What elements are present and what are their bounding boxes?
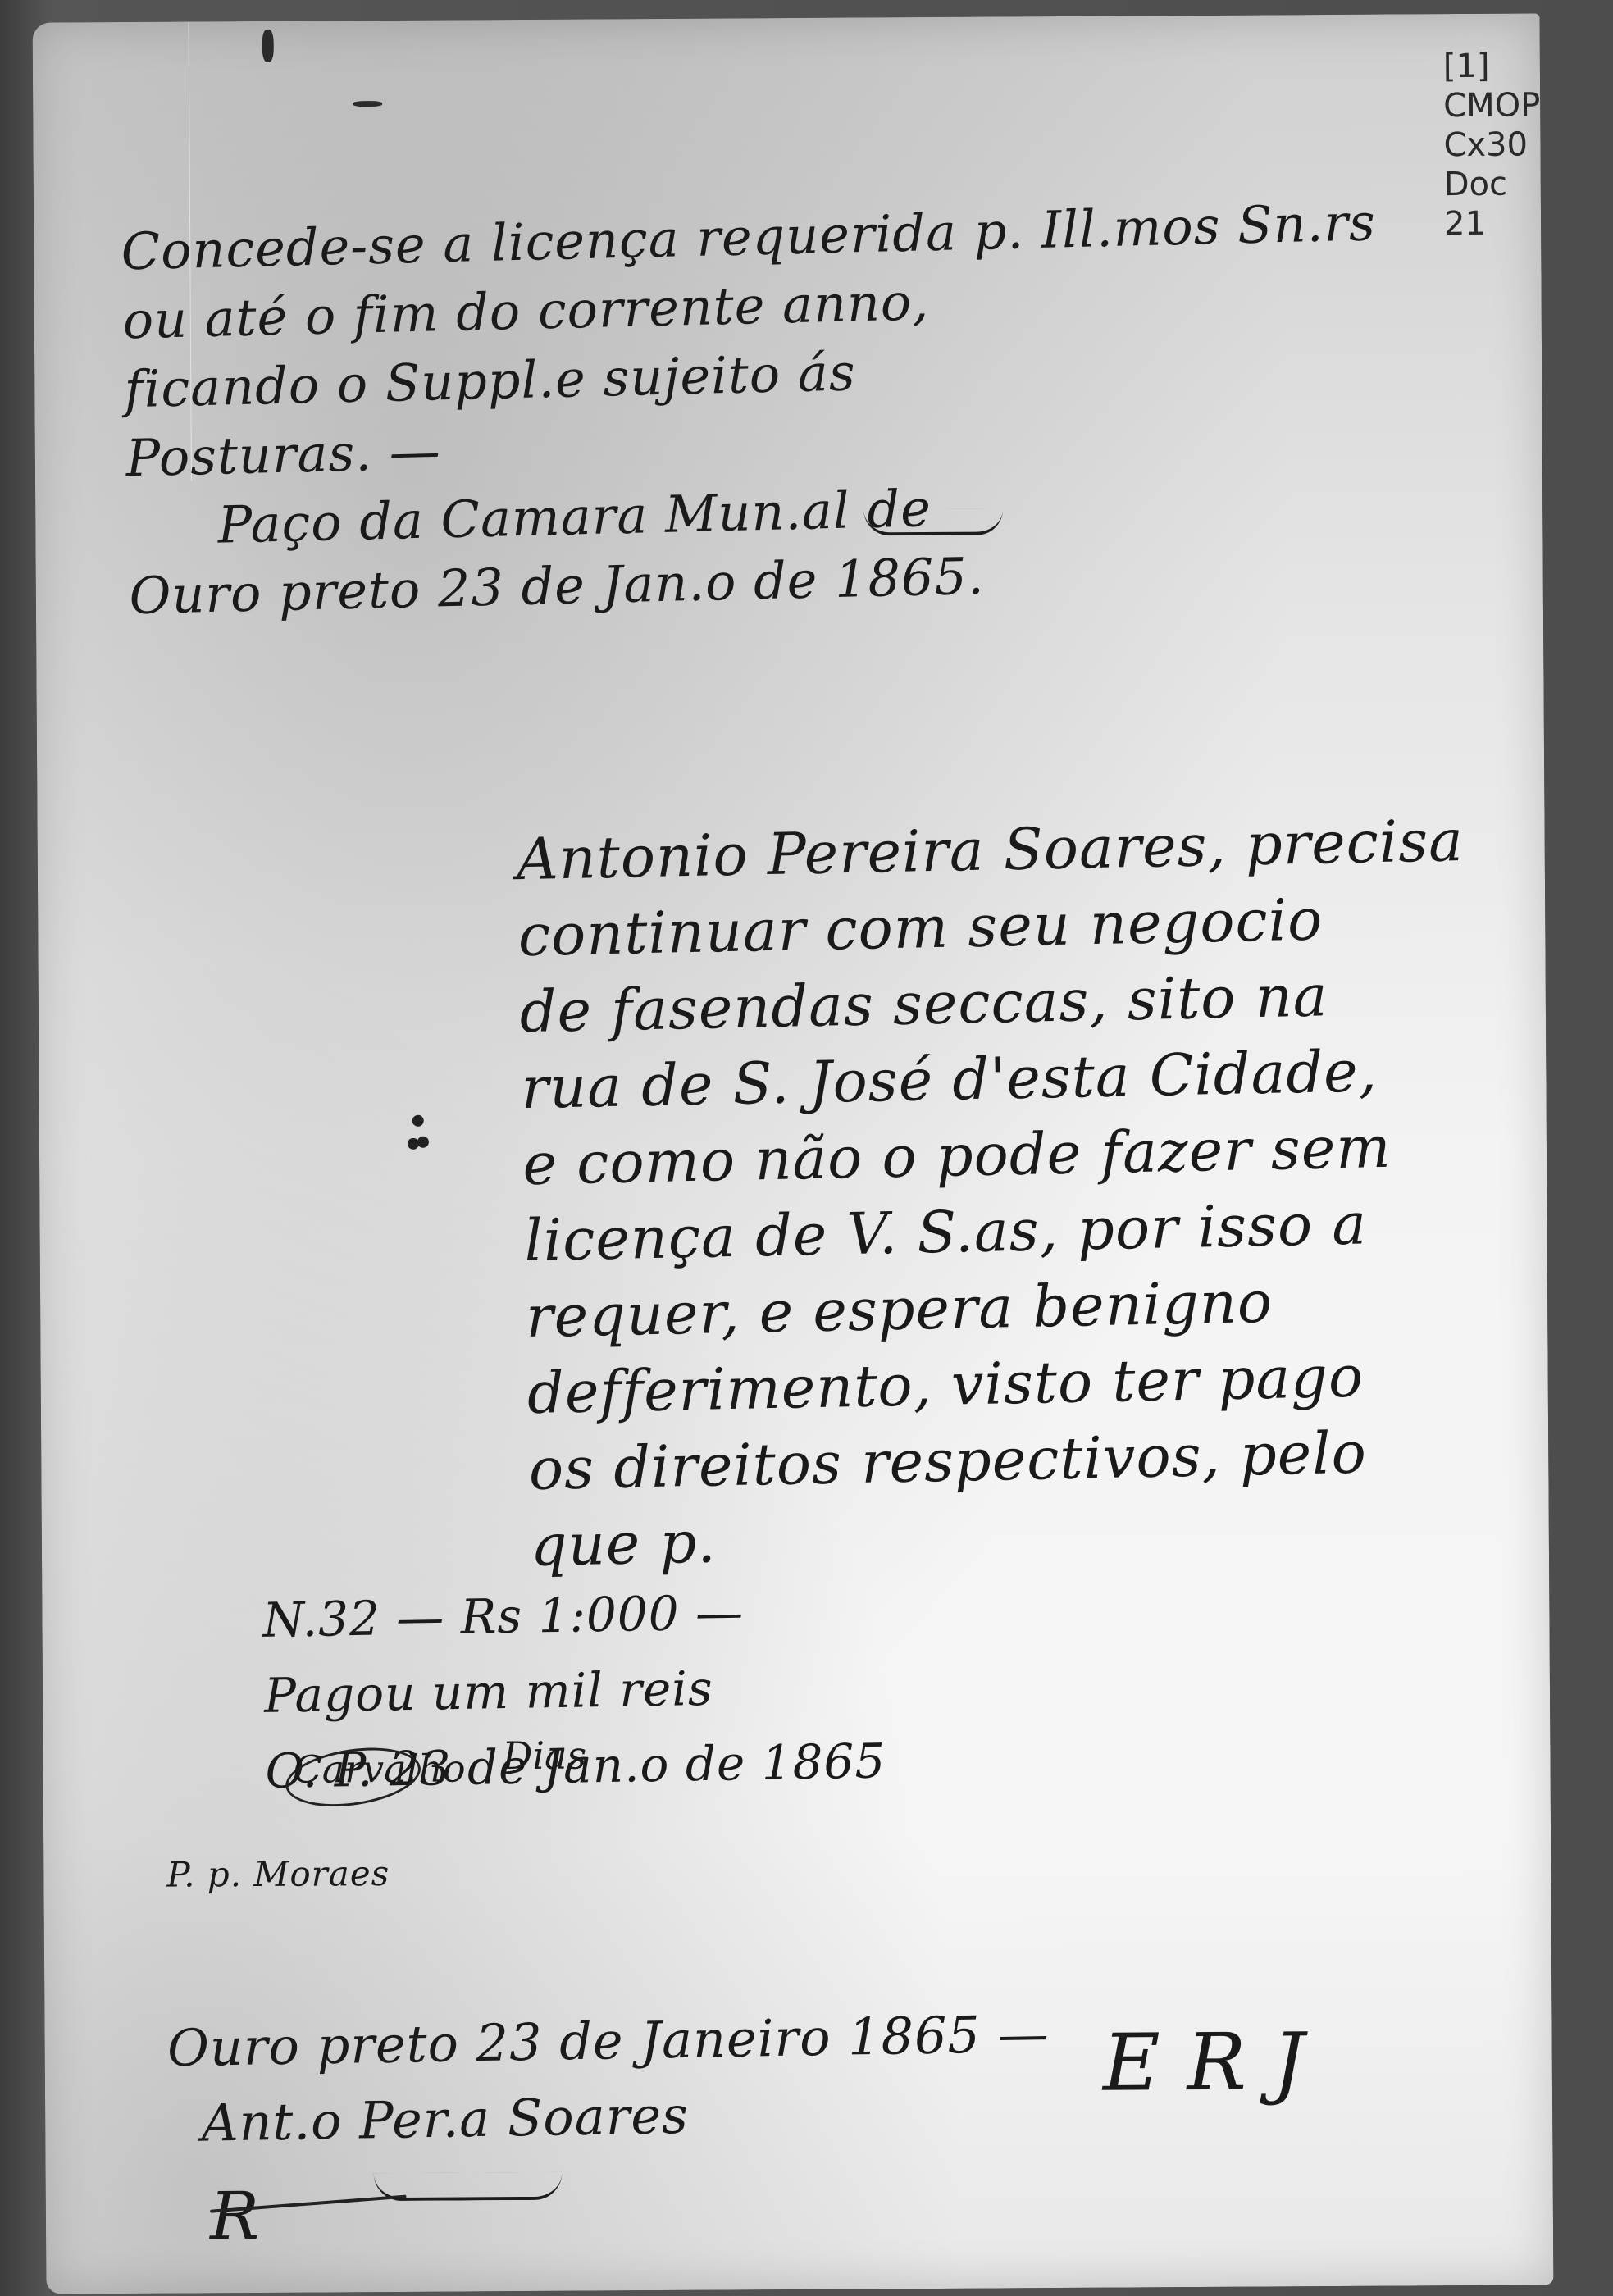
archive-ref-line: Cx30 bbox=[1443, 125, 1540, 165]
archive-ref-line: [1] bbox=[1443, 46, 1540, 86]
petition-block: Antonio Pereira Soares, precisa continua… bbox=[516, 803, 1478, 1584]
ink-dash bbox=[353, 101, 382, 107]
payment-line: N.32 — Rs 1:000 — bbox=[262, 1572, 884, 1658]
payment-line: Pagou um mil reis bbox=[263, 1647, 885, 1733]
archive-ref-line: CMOP bbox=[1443, 85, 1540, 125]
archive-ref-line: Doc 21 bbox=[1444, 164, 1542, 244]
flourish bbox=[863, 508, 1003, 535]
archive-reference: [1] CMOP Cx30 Doc 21 bbox=[1443, 46, 1542, 244]
closing-block: Ouro preto 23 de Janeiro 1865 — Ant.o Pe… bbox=[166, 1996, 1050, 2162]
rubric-mark: R bbox=[210, 2178, 260, 2254]
countersign-initials: E R J bbox=[1102, 2016, 1305, 2109]
document-page: [1] CMOP Cx30 Doc 21 Concede-se a licenç… bbox=[33, 13, 1554, 2294]
closing-date: Ouro preto 23 de Janeiro 1865 — bbox=[166, 1996, 1050, 2086]
despacho-block: Concede-se a licença requerida p. Ill.mo… bbox=[121, 188, 1385, 631]
ink-blot bbox=[262, 30, 274, 62]
signature-carvalho: Carvalho bbox=[293, 1746, 465, 1791]
signature-dias: Dias bbox=[502, 1733, 586, 1779]
initials-note: P. p. Moraes bbox=[166, 1853, 390, 1895]
closing-signature: Ant.o Per.a Soares bbox=[168, 2071, 1051, 2162]
